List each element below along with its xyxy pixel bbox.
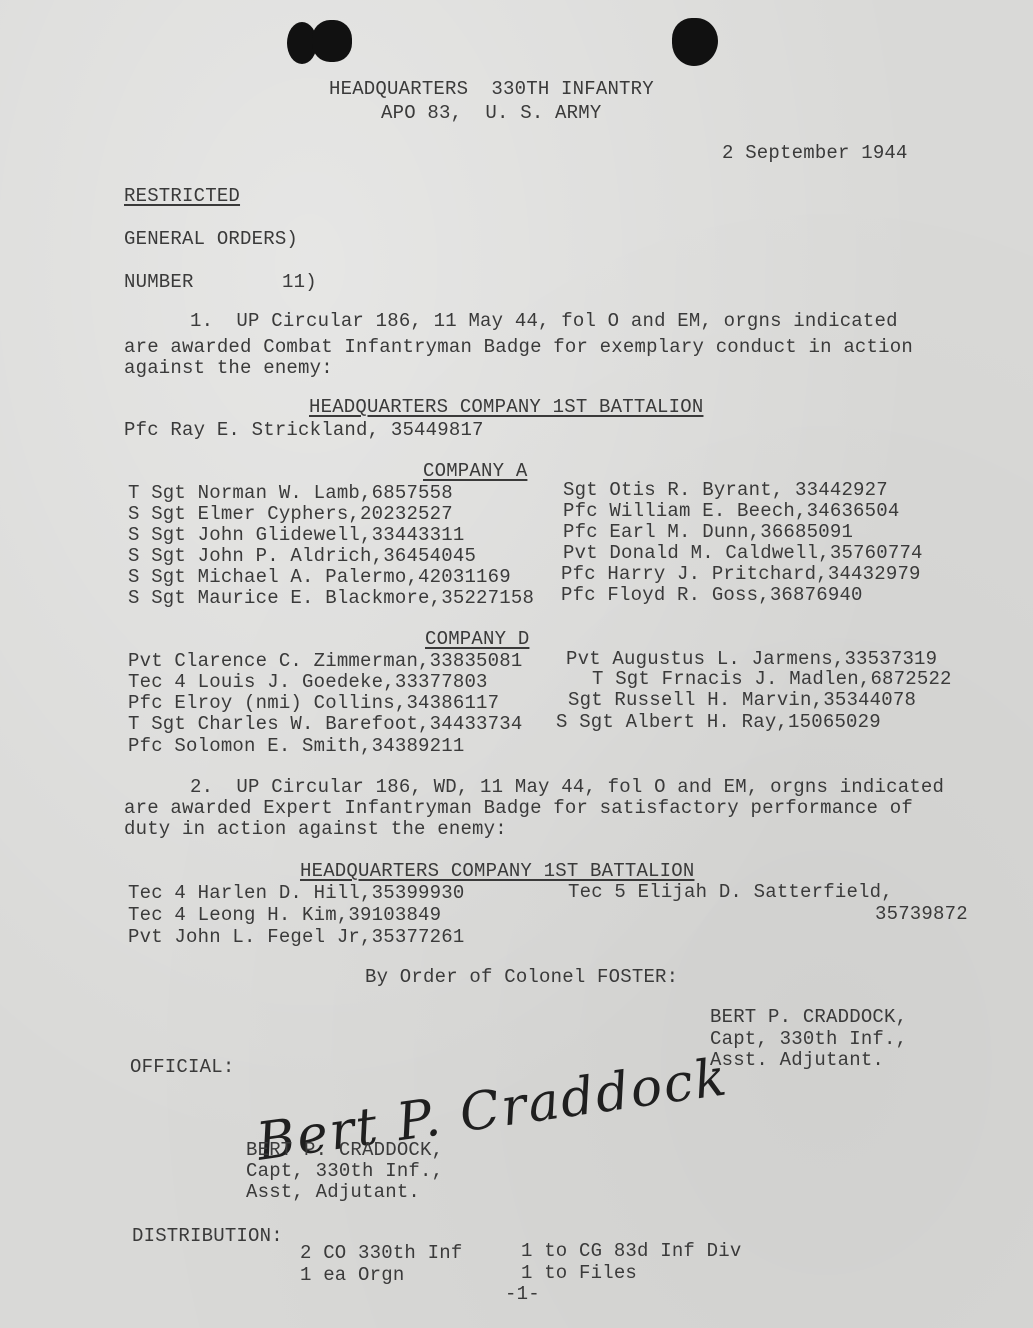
general-orders-label: GENERAL ORDERS) xyxy=(124,228,298,250)
roster-entry: Tec 4 Leong H. Kim,39103849 xyxy=(128,904,441,926)
distribution-item: 2 CO 330th Inf xyxy=(300,1242,462,1264)
section-2-line-1: 2. UP Circular 186, WD, 11 May 44, fol O… xyxy=(190,776,944,798)
distribution-item: 1 ea Orgn xyxy=(300,1264,404,1286)
roster-entry: Tec 4 Louis J. Goedeke,33377803 xyxy=(128,671,488,693)
roster-entry: Pfc Floyd R. Goss,36876940 xyxy=(561,584,863,606)
roster-entry: Sgt Russell H. Marvin,35344078 xyxy=(568,689,916,711)
punch-hole-right xyxy=(672,18,718,66)
official-rank: Capt, 330th Inf., xyxy=(246,1160,443,1182)
group-heading-company-a: COMPANY A xyxy=(423,460,527,482)
roster-entry: S Sgt John Glidewell,33443311 xyxy=(128,524,464,546)
roster-entry: Pfc Solomon E. Smith,34389211 xyxy=(128,735,464,757)
roster-entry: Pvt Augustus L. Jarmens,33537319 xyxy=(566,648,937,670)
roster-entry: Pvt Clarence C. Zimmerman,33835081 xyxy=(128,650,522,672)
roster-entry: Pfc William E. Beech,34636504 xyxy=(563,500,899,522)
header-line-1: HEADQUARTERS 330TH INFANTRY xyxy=(329,78,654,100)
official-name: BERT P. CRADDOCK, xyxy=(246,1139,443,1161)
distribution-label: DISTRIBUTION: xyxy=(132,1225,283,1247)
header-line-2: APO 83, U. S. ARMY xyxy=(381,102,601,124)
section-2-line-2: are awarded Expert Infantryman Badge for… xyxy=(124,797,913,819)
roster-entry: Pvt John L. Fegel Jr,35377261 xyxy=(128,926,464,948)
group-heading-hq-company-eib: HEADQUARTERS COMPANY 1ST BATTALION xyxy=(300,860,694,882)
roster-entry: S Sgt Elmer Cyphers,20232527 xyxy=(128,503,453,525)
roster-entry: T Sgt Norman W. Lamb,6857558 xyxy=(128,482,453,504)
roster-entry: Sgt Otis R. Byrant, 33442927 xyxy=(563,479,888,501)
roster-entry: S Sgt Maurice E. Blackmore,35227158 xyxy=(128,587,534,609)
official-label: OFFICIAL: xyxy=(130,1056,234,1078)
punch-hole-left-2 xyxy=(312,20,352,62)
section-1-line-1: 1. UP Circular 186, 11 May 44, fol O and… xyxy=(190,310,898,332)
classification-label: RESTRICTED xyxy=(124,185,240,207)
order-number: 11) xyxy=(282,271,317,293)
roster-entry-number: 35739872 xyxy=(875,903,968,925)
section-1-line-2: are awarded Combat Infantryman Badge for… xyxy=(124,336,913,358)
roster-entry: T Sgt Charles W. Barefoot,34433734 xyxy=(128,713,522,735)
group-heading-company-d: COMPANY D xyxy=(425,628,529,650)
roster-entry: Pfc Ray E. Strickland, 35449817 xyxy=(124,419,484,441)
roster-entry: T Sgt Frnacis J. Madlen,6872522 xyxy=(592,668,952,690)
signatory-rank: Capt, 330th Inf., xyxy=(710,1028,907,1050)
roster-entry: Tec 5 Elijah D. Satterfield, xyxy=(568,881,893,903)
official-title: Asst, Adjutant. xyxy=(246,1181,420,1203)
group-heading-hq-company: HEADQUARTERS COMPANY 1ST BATTALION xyxy=(309,396,703,418)
order-number-label: NUMBER xyxy=(124,271,194,293)
by-order-line: By Order of Colonel FOSTER: xyxy=(365,966,678,988)
roster-entry: Pvt Donald M. Caldwell,35760774 xyxy=(563,542,923,564)
section-1-line-3: against the enemy: xyxy=(124,357,333,379)
section-2-line-3: duty in action against the enemy: xyxy=(124,818,507,840)
roster-entry: Pfc Harry J. Pritchard,34432979 xyxy=(561,563,921,585)
page-number: -1- xyxy=(505,1283,540,1305)
roster-entry: S Sgt Michael A. Palermo,42031169 xyxy=(128,566,511,588)
signatory-title: Asst. Adjutant. xyxy=(710,1049,884,1071)
roster-entry: Tec 4 Harlen D. Hill,35399930 xyxy=(128,882,464,904)
roster-entry: S Sgt Albert H. Ray,15065029 xyxy=(556,711,881,733)
roster-entry: Pfc Elroy (nmi) Collins,34386117 xyxy=(128,692,499,714)
roster-entry: S Sgt John P. Aldrich,36454045 xyxy=(128,545,476,567)
signatory-name: BERT P. CRADDOCK, xyxy=(710,1006,907,1028)
distribution-item: 1 to CG 83d Inf Div xyxy=(521,1240,741,1262)
roster-entry: Pfc Earl M. Dunn,36685091 xyxy=(563,521,853,543)
document-date: 2 September 1944 xyxy=(722,142,908,164)
distribution-item: 1 to Files xyxy=(521,1262,637,1284)
